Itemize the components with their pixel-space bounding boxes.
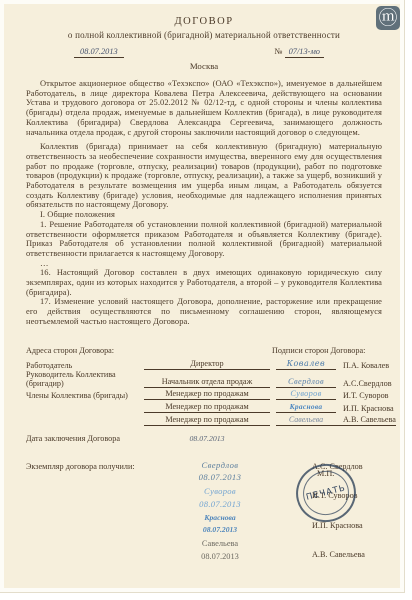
position-field: Директор [144, 359, 270, 370]
stamp-inner-ring: ПЕЧАТЬ [298, 466, 353, 520]
contract-document: ⓜ ДОГОВОР о полной коллективной (бригадн… [0, 0, 404, 592]
signature-field: Свердлов [276, 377, 336, 388]
paragraph-1: 1. Решение Работодателя об установлении … [26, 220, 382, 259]
city-label: Москва [26, 61, 382, 71]
name-label: А.В. Савельева [336, 415, 396, 426]
contract-date: 08.07.2013 [74, 47, 124, 58]
signature-date: 08.07.2013 [154, 551, 286, 564]
name-label: П.А. Ковалев [336, 361, 389, 370]
conclusion-date-label: Дата заключения Договора [26, 434, 144, 443]
signature-date: 08.07.2013 [154, 471, 286, 484]
received-signature: Савельева 08.07.2013 [154, 538, 286, 565]
signature-table: Адреса сторон Договора: Подписи сторон Д… [26, 343, 382, 426]
signature-handwritten: Свердлов [154, 459, 286, 472]
signatures-header: Подписи сторон Договора: [270, 346, 382, 355]
document-subtitle: о полной коллективной (бригадной) матери… [26, 30, 382, 40]
signature-date: 08.07.2013 [154, 498, 286, 511]
paragraph-responsibility: Коллектив (бригада) принимает на себя ко… [26, 142, 382, 210]
party-label: Руководитель Коллектива (бригадир) [26, 370, 144, 388]
name-label: И.П. Краснова [286, 518, 382, 548]
contract-body: Открытое акционерное общество «Техэкспо»… [26, 79, 382, 327]
received-signature: Суворов 08.07.2013 [154, 485, 286, 512]
position-field: Менеджер по продажам [144, 389, 270, 400]
number-value: 07/13-мо [285, 47, 324, 58]
signature-field: Краснова [276, 402, 336, 413]
addresses-header: Адреса сторон Договора: [26, 346, 270, 355]
table-row: Работодатель Директор Ковалев П.А. Ковал… [26, 357, 382, 370]
position-field: Менеджер по продажам [144, 415, 270, 426]
name-label: А.С.Свердлов [336, 379, 392, 388]
party-label: Члены Коллектива (бригады) [26, 391, 144, 400]
signature-handwritten: Суворов [154, 485, 286, 498]
copies-received-label: Экземпляр договора получили: [26, 459, 154, 577]
table-row: Менеджер по продажам Краснова И.П. Красн… [26, 400, 382, 413]
date-number-row: 08.07.2013 № 07/13-мо [26, 47, 382, 58]
stamp-text: ПЕЧАТЬ [305, 483, 347, 502]
signature-handwritten: Савельева [154, 538, 286, 551]
received-signature: Краснова 08.07.2013 [154, 512, 286, 539]
paragraph-17: 17. Изменение условий настоящего Договор… [26, 297, 382, 326]
paragraph-preamble: Открытое акционерное общество «Техэкспо»… [26, 79, 382, 137]
conclusion-date-row: Дата заключения Договора 08.07.2013 [26, 434, 382, 443]
signature-field: Савельева [276, 415, 336, 426]
table-row: Руководитель Коллектива (бригадир) Начал… [26, 370, 382, 388]
table-row: Менеджер по продажам Савельева А.В. Саве… [26, 413, 382, 426]
party-label: Работодатель [26, 361, 144, 370]
received-signatures-column: Свердлов 08.07.2013 Суворов 08.07.2013 К… [154, 459, 286, 577]
signature-table-headers: Адреса сторон Договора: Подписи сторон Д… [26, 343, 382, 356]
site-logo-icon: ⓜ [376, 6, 400, 30]
paragraph-16: 16. Настоящий Договор составлен в двух и… [26, 268, 382, 297]
signature-field: Суворов [276, 389, 336, 400]
conclusion-date-value: 08.07.2013 [144, 434, 270, 443]
position-field: Менеджер по продажам [144, 402, 270, 413]
received-signature: Свердлов 08.07.2013 [154, 459, 286, 486]
signature-field: Ковалев [276, 359, 336, 370]
name-label: И.Т. Суворов [336, 391, 389, 400]
number-label: № [275, 47, 283, 56]
name-label: И.П. Краснова [336, 404, 394, 413]
signature-handwritten: Краснова [154, 512, 286, 525]
signature-date: 08.07.2013 [154, 524, 286, 537]
contract-number: № 07/13-мо [275, 47, 325, 58]
position-field: Начальник отдела продаж [144, 377, 270, 388]
name-label: А.В. Савельева [286, 547, 382, 577]
table-row: Члены Коллектива (бригады) Менеджер по п… [26, 388, 382, 401]
document-title: ДОГОВОР [26, 16, 382, 27]
